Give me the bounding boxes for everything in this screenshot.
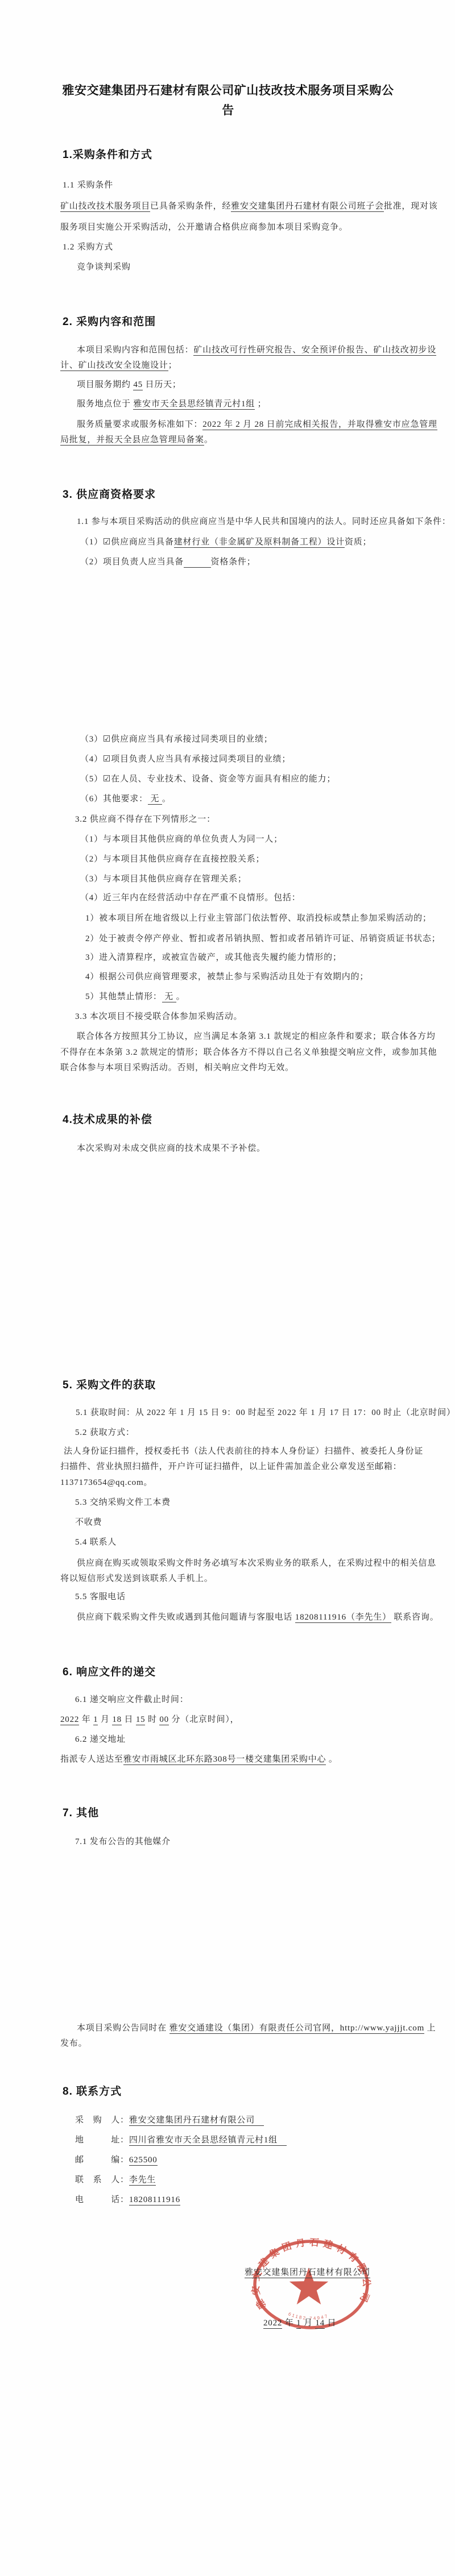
text-run: 不得存在本条第 3.2 款规定的情形；联合体各方不得以自己名义单独提交响应文件，…: [60, 1048, 437, 1057]
text-run: 采 购 人：: [75, 2116, 129, 2125]
text-line: 1）被本项目所在地省级以上行业主管部门依法暂停、取消投标或禁止参加采购活动的；: [85, 912, 432, 925]
text-run: 服务地点位于: [77, 399, 133, 409]
text-run: 月: [98, 1715, 112, 1724]
section-heading: 1.采购条件和方式: [63, 149, 152, 161]
document-page: 雅安交建集团丹石建材有限公司矿山技改技术服务项目采购公告 1.采购条件和方式1.…: [0, 0, 455, 2576]
text-run: 月: [301, 2319, 315, 2328]
text-run: （5）☑在人员、专业技术、设备、资金等方面具有相应的能力；: [80, 775, 336, 784]
text-line: 地 址：四川省雅安市天全县思经镇青元村1组: [75, 2134, 287, 2146]
underlined-text-run: 00: [159, 1715, 169, 1725]
text-line: 5.4 联系人: [75, 1536, 117, 1549]
text-run: 指派专人送达至: [60, 1755, 123, 1764]
text-run: 5.4 联系人: [75, 1538, 117, 1547]
text-run: ；: [168, 361, 177, 370]
text-line: 竞争谈判采购: [77, 261, 131, 273]
text-run: 年: [79, 1715, 93, 1724]
text-line: 2）处于被责令停产停业、暂扣或者吊销执照、暂扣或者吊销许可证、吊销资质证书状态；: [85, 933, 441, 945]
text-run: 5.1 获取时间：从 2022 年 1 月 15 日 9：00 时起至 2022…: [76, 1408, 455, 1417]
text-run: 法人身份证扫描件，授权委托书（法人代表前往的持本人身份证）扫描件、被委托人身份证: [64, 1447, 423, 1456]
text-run: （4）近三年内在经营活动中存在严重不良情形。包括：: [80, 893, 301, 902]
text-run: 服务项目实施公开采购活动，公开邀请合格供应商参加本项目采购竞争。: [60, 223, 348, 232]
underlined-text-run: 625500: [129, 2155, 158, 2166]
text-line: （4）近三年内在经营活动中存在严重不良情形。包括：: [80, 892, 301, 904]
text-run: 资质；: [345, 538, 371, 547]
underlined-text-run: 18: [112, 1715, 122, 1725]
underlined-text-run: 雅安交建集团丹石建材有限公司班子会: [231, 202, 384, 212]
text-run: 联 系 人：: [75, 2175, 129, 2184]
section-heading: 7. 其他: [63, 1807, 99, 1820]
text-run: 联合体参与本项目采购活动。否则，相关响应文件均无效。: [60, 1063, 294, 1072]
text-line: 服务质量要求或服务标准如下：2022 年 2 月 28 日前完成相关报告，并取得…: [77, 418, 437, 431]
text-run: 项目服务期约: [77, 380, 133, 389]
text-run: 竞争谈判采购: [77, 263, 131, 272]
text-line: 供应商下载采购文件失败或遇到其他问题请与客服电话 18208111916（李先生…: [77, 1611, 439, 1624]
text-run: 日: [325, 2319, 336, 2328]
underlined-text-run: 四川省雅安市天全县思经镇青元村1组: [129, 2136, 287, 2146]
text-run: 。: [176, 992, 185, 1001]
text-run: 1）被本项目所在地省级以上行业主管部门依法暂停、取消投标或禁止参加采购活动的；: [85, 914, 432, 923]
text-run: 7. 其他: [63, 1807, 99, 1819]
text-run: 已具备采购条件，经: [150, 202, 231, 211]
text-line: 1137173654@qq.com。: [60, 1476, 152, 1489]
text-line: 采 购 人：雅安交建集团丹石建材有限公司: [75, 2114, 264, 2126]
text-run: （3）与本项目其他供应商存在管理关系；: [80, 875, 247, 884]
text-run: 将以短信形式发送到该联系人手机上。: [60, 1574, 213, 1583]
text-line: 3）进入清算程序，或被宣告破产，或其他丧失履约能力情形的；: [85, 951, 342, 964]
text-run: 5）其他禁止情形：: [85, 992, 162, 1001]
text-run: 供应商在购买或领取采购文件时务必填写本次采购业务的联系人，在采购过程中的相关信息: [77, 1559, 436, 1568]
text-line: 5.3 交纳采购文件工本费: [75, 1496, 171, 1509]
text-line: 联 系 人：李先生: [75, 2174, 156, 2186]
text-run: 1.采购条件和方式: [63, 149, 152, 161]
text-line: 服务地点位于 雅安市天全县思经镇青元村1组 ；: [77, 398, 266, 410]
text-run: 4.技术成果的补偿: [63, 1114, 152, 1126]
underlined-text-run: 15: [136, 1715, 146, 1725]
text-run: 3. 供应商资格要求: [63, 489, 156, 501]
text-line: 服务项目实施公开采购活动，公开邀请合格供应商参加本项目采购竞争。: [60, 221, 348, 234]
section-heading: 6. 响应文件的递交: [63, 1666, 156, 1679]
underlined-text-run: 雅安交建集团丹石建材有限公司: [129, 2116, 264, 2126]
text-run: 日: [122, 1715, 136, 1724]
underlined-text-run: 矿山技改可行性研究报告、安全预评价报告、矿山技改初步设: [193, 346, 436, 356]
text-run: 本项目采购内容和范围包括：: [77, 346, 193, 355]
text-run: 年: [282, 2319, 296, 2328]
text-run: 服务质量要求或服务标准如下：: [77, 420, 202, 429]
page-title: 雅安交建集团丹石建材有限公司矿山技改技术服务项目采购公告: [61, 81, 395, 120]
underlined-text-run: 雅安市雨城区北环东路308号一楼交建集团采购中心: [123, 1755, 326, 1765]
underlined-text-run: 2022 年 2 月 28 日前完成相关报告，并取得雅安市应急管理: [202, 420, 437, 430]
text-run: 联系咨询。: [391, 1613, 439, 1622]
text-line: 项目服务期约 45 日历天；: [77, 378, 181, 391]
text-run: 本项目采购公告同时在: [77, 2024, 169, 2033]
text-run: 。: [162, 794, 171, 804]
text-run: 时: [145, 1715, 159, 1724]
text-line: 4）根据公司供应商管理要求，被禁止参与采购活动且处于有效期内的；: [85, 971, 369, 983]
underlined-text-run: 无: [162, 992, 176, 1002]
text-line: 联合体参与本项目采购活动。否则，相关响应文件均无效。: [60, 1062, 294, 1074]
text-run: （3）☑供应商应当具有承接过同类项目的业绩；: [80, 735, 273, 744]
text-run: 6. 响应文件的递交: [63, 1666, 156, 1678]
text-run: （1）☑供应商应当具备: [80, 538, 174, 547]
text-line: （1）☑供应商应当具备建材行业（非金属矿及原料制备工程）设计资质；: [80, 536, 371, 548]
text-run: 不收费: [75, 1518, 102, 1527]
text-run: 6.1 递交响应文件截止时间：: [75, 1695, 189, 1704]
underlined-text-run: [184, 557, 210, 568]
text-line: 计、矿山技改安全设施设计；: [60, 359, 177, 372]
text-line: （6）其他要求： 无 。: [80, 793, 171, 805]
underlined-text-run: 2022: [263, 2319, 282, 2329]
text-line: （4）☑项目负责人应当具有承接过同类项目的业绩；: [80, 753, 291, 765]
text-run: 。: [204, 435, 213, 444]
text-line: 6.1 递交响应文件截止时间：: [75, 1693, 189, 1706]
text-line: 1.1 参与本项目采购活动的供应商应当是中华人民共和国境内的法人。同时还应具备如…: [77, 515, 451, 528]
text-run: 电 话：: [75, 2195, 129, 2204]
text-run: 1.1 参与本项目采购活动的供应商应当是中华人民共和国境内的法人。同时还应具备如…: [77, 517, 451, 526]
text-run: 地 址：: [75, 2136, 129, 2145]
text-run: 扫描件、营业执照扫描件，开户许可证扫描件，以上证件需加盖企业公章发送至邮箱：: [60, 1462, 402, 1471]
text-run: 4）根据公司供应商管理要求，被禁止参与采购活动且处于有效期内的；: [85, 972, 369, 981]
section-heading: 2. 采购内容和范围: [63, 316, 156, 328]
text-line: 电 话：18208111916: [75, 2194, 180, 2206]
underlined-text-run: 局批复，并报天全县应急管理局备案: [60, 435, 204, 446]
text-run: （4）☑项目负责人应当具有承接过同类项目的业绩；: [80, 755, 291, 764]
text-line: 5）其他禁止情形： 无 。: [85, 991, 185, 1003]
underlined-text-run: 无: [148, 794, 162, 805]
text-run: 2）处于被责令停产停业、暂扣或者吊销执照、暂扣或者吊销许可证、吊销资质证书状态；: [85, 934, 441, 943]
text-run: 6.2 递交地址: [75, 1735, 126, 1744]
text-run: 分（北京时间），: [169, 1715, 239, 1724]
text-line: 邮 编：625500: [75, 2154, 158, 2166]
text-run: 5.5 客服电话: [75, 1592, 126, 1601]
text-line: （2）与本项目其他供应商存在直接控股关系；: [80, 853, 264, 865]
text-line: 本次采购对未成交供应商的技术成果不予补偿。: [77, 1142, 266, 1155]
text-line: （2）项目负责人应当具备 资格条件；: [80, 556, 256, 568]
text-run: 5. 采购文件的获取: [63, 1379, 156, 1391]
text-line: 5.2 获取方式：: [75, 1426, 135, 1439]
text-line: 不收费: [75, 1516, 102, 1529]
text-line: （3）与本项目其他供应商存在管理关系；: [80, 873, 247, 885]
text-line: 将以短信形式发送到该联系人手机上。: [60, 1572, 213, 1585]
text-run: ；: [255, 399, 266, 409]
text-run: 1.1 采购条件: [63, 181, 113, 190]
text-run: 3）进入清算程序，或被宣告破产，或其他丧失履约能力情形的；: [85, 953, 342, 962]
text-run: 批准，现对该: [384, 202, 438, 211]
underlined-text-run: 45: [133, 380, 143, 390]
text-run: 5.2 获取方式：: [75, 1428, 135, 1437]
text-line: （5）☑在人员、专业技术、设备、资金等方面具有相应的能力；: [80, 773, 336, 785]
underlined-text-run: 李先生: [129, 2175, 156, 2186]
text-run: （2）项目负责人应当具备: [80, 557, 184, 567]
text-run: 8. 联系方式: [63, 2086, 122, 2098]
text-line: 法人身份证扫描件，授权委托书（法人代表前往的持本人身份证）扫描件、被委托人身份证: [64, 1445, 423, 1458]
underlined-text-run: 18208111916（李先生）: [295, 1613, 391, 1623]
underlined-text-run: 计、矿山技改安全设施设计: [60, 361, 168, 371]
underlined-text-run: 矿山技改技术服务项目: [60, 202, 150, 212]
text-run: 3.3 本次项目不接受联合体参加采购活动。: [75, 1012, 242, 1021]
text-run: 1.2 采购方式: [63, 243, 113, 252]
text-line: （1）与本项目其他供应商的单位负责人为同一人；: [80, 833, 283, 846]
text-run: 供应商下载采购文件失败或遇到其他问题请与客服电话: [77, 1613, 295, 1622]
text-line: （3）☑供应商应当具有承接过同类项目的业绩；: [80, 733, 273, 746]
text-line: 3.2 供应商不得存在下列情形之一：: [75, 813, 216, 826]
section-heading: 4.技术成果的补偿: [63, 1114, 152, 1126]
underlined-text-run: 18208111916: [129, 2195, 180, 2205]
text-line: 2022 年 1 月 14 日: [263, 2317, 336, 2329]
underlined-text-run: 14: [315, 2319, 325, 2329]
text-run: 邮 编：: [75, 2155, 129, 2165]
text-line: 7.1 发布公告的其他媒介: [75, 1836, 171, 1848]
text-run: 7.1 发布公告的其他媒介: [75, 1837, 171, 1846]
text-line: 5.5 客服电话: [75, 1591, 126, 1603]
underlined-text-run: 雅安交建集团丹石建材有限公司: [245, 2268, 370, 2278]
text-run: （1）与本项目其他供应商的单位负责人为同一人；: [80, 835, 283, 844]
section-heading: 8. 联系方式: [63, 2086, 122, 2098]
text-run: 发布。: [60, 2039, 87, 2048]
underlined-text-run: 建材行业（非金属矿及原料制备工程）设计: [174, 538, 345, 548]
text-line: 本项目采购内容和范围包括：矿山技改可行性研究报告、安全预评价报告、矿山技改初步设: [77, 344, 436, 356]
text-line: 不得存在本条第 3.2 款规定的情形；联合体各方不得以自己名义单独提交响应文件，…: [60, 1046, 437, 1059]
text-line: 3.3 本次项目不接受联合体参加采购活动。: [75, 1010, 242, 1023]
text-line: 指派专人送达至雅安市雨城区北环东路308号一楼交建集团采购中心 。: [60, 1753, 338, 1766]
text-run: 本次采购对未成交供应商的技术成果不予补偿。: [77, 1144, 266, 1153]
text-run: （6）其他要求：: [80, 794, 148, 804]
text-run: 日历天；: [143, 380, 181, 389]
text-line: 扫描件、营业执照扫描件，开户许可证扫描件，以上证件需加盖企业公章发送至邮箱：: [60, 1460, 402, 1473]
text-run: 联合体各方按照其分工协议，应当满足本条第 3.1 款规定的相应条件和要求；联合体…: [77, 1032, 436, 1041]
text-line: 矿山技改技术服务项目已具备采购条件，经雅安交建集团丹石建材有限公司班子会批准，现…: [60, 200, 438, 213]
text-line: 雅安交建集团丹石建材有限公司: [245, 2266, 370, 2279]
text-run: （2）与本项目其他供应商存在直接控股关系；: [80, 855, 264, 864]
underlined-text-run: 雅安市天全县思经镇青元村1组: [133, 399, 255, 410]
text-line: 供应商在购买或领取采购文件时务必填写本次采购业务的联系人，在采购过程中的相关信息: [77, 1557, 436, 1570]
text-run: 1137173654@qq.com。: [60, 1478, 152, 1487]
section-heading: 5. 采购文件的获取: [63, 1379, 156, 1392]
text-run: 。: [326, 1755, 337, 1764]
text-line: 1.1 采购条件: [63, 179, 113, 192]
text-run: 资格条件；: [211, 557, 256, 567]
text-run: 2. 采购内容和范围: [63, 316, 156, 328]
section-heading: 3. 供应商资格要求: [63, 489, 156, 501]
text-line: 1.2 采购方式: [63, 241, 113, 253]
text-line: 局批复，并报天全县应急管理局备案。: [60, 434, 213, 446]
text-line: 本项目采购公告同时在 雅安交通建设（集团）有限责任公司官网，http://www…: [77, 2022, 436, 2034]
underlined-text-run: 2022: [60, 1715, 79, 1725]
text-line: 5.1 获取时间：从 2022 年 1 月 15 日 9：00 时起至 2022…: [76, 1406, 455, 1419]
text-line: 联合体各方按照其分工协议，应当满足本条第 3.1 款规定的相应条件和要求；联合体…: [77, 1030, 436, 1043]
text-run: 3.2 供应商不得存在下列情形之一：: [75, 815, 216, 824]
text-line: 2022 年 1 月 18 日 15 时 00 分（北京时间），: [60, 1713, 239, 1726]
text-run: 5.3 交纳采购文件工本费: [75, 1498, 171, 1507]
text-line: 发布。: [60, 2037, 87, 2050]
underlined-text-run: 雅安交通建设（集团）有限责任公司官网，http://www.yajjjt.com: [169, 2024, 425, 2034]
text-line: 6.2 递交地址: [75, 1733, 126, 1746]
text-run: 上: [424, 2024, 436, 2033]
